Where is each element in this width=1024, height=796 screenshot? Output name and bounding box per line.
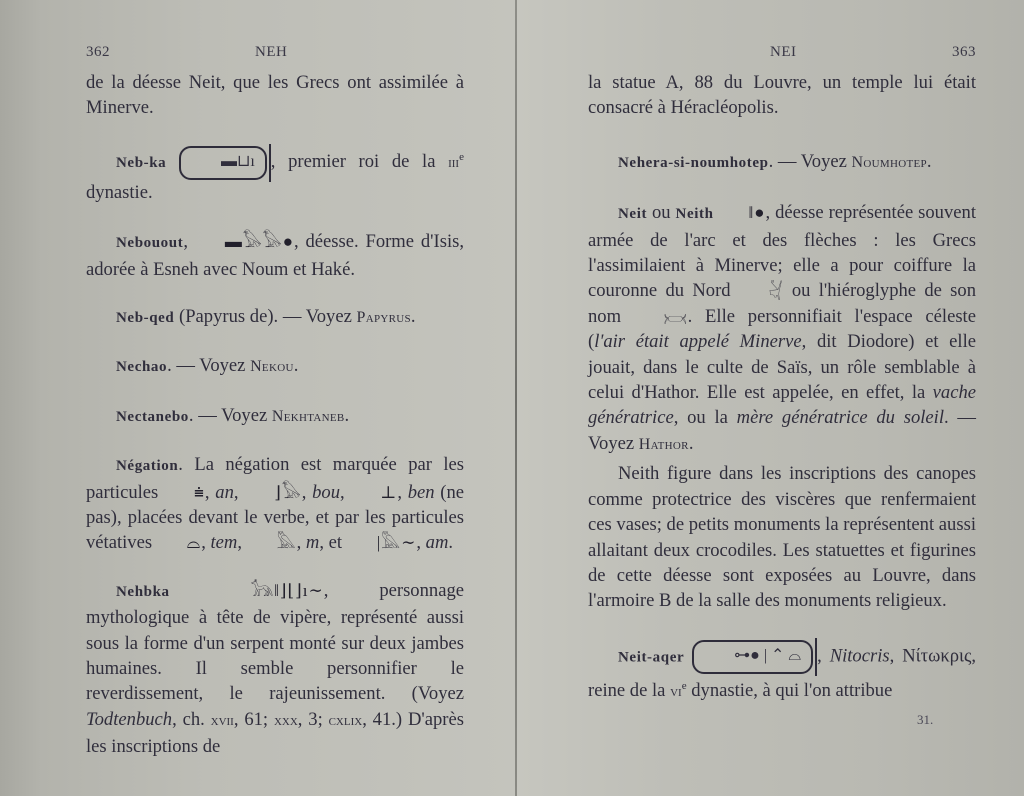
cross-reference-link[interactable]: Noumhotep — [852, 154, 927, 171]
cartouche-hieroglyph-icon: ⊶● | ⌃ ⌓ — [692, 640, 813, 674]
continuation-text: la statue A, 88 du Louvre, un temple lui… — [588, 70, 976, 121]
hieroglyph-bird-icon: ⌋𓅃 — [244, 480, 302, 505]
hieroglyph-birds-icon: ▬𓅃𓅃● — [195, 229, 294, 254]
cross-reference-link[interactable]: Hathor — [639, 436, 689, 453]
page-number-left: 362 — [86, 44, 110, 61]
left-page-body: de la déesse Neit, que les Grecs ont ass… — [86, 70, 464, 760]
running-head-right: NEI — [770, 44, 797, 61]
entry-nehera-si-noumhotep: Nehera-si-noumhotep. — Voyez Noumhotep. — [588, 149, 976, 176]
running-head-left: NEH — [255, 44, 287, 61]
hieroglyph-owl-icon: 𓅓 — [247, 530, 297, 555]
neith-second-paragraph: Neith figure dans les inscriptions des c… — [588, 461, 976, 613]
headword: Neb-ka — [116, 155, 166, 171]
cross-reference-link[interactable]: Nekou — [250, 358, 294, 375]
hieroglyph-jackal-icon: 𓃥‖⌋⌊⌋ı∼ — [221, 578, 324, 603]
headword: Nebouout — [116, 235, 183, 251]
entry-neit: Neit ou Neith ‖●, déesse représentée sou… — [588, 200, 976, 457]
right-page: NEI 363 la statue A, 88 du Louvre, un te… — [517, 0, 1024, 796]
entry-neit-aqer: Neit-aqer ⊶● | ⌃ ⌓, Nitocris, Νίτωκρις, … — [588, 640, 976, 706]
cross-reference-link[interactable]: Papyrus — [357, 309, 411, 326]
entry-nebouout: Nebouout, ▬𓅃𓅃●, déesse. Forme d'Isis, ad… — [86, 229, 464, 282]
book-spread: 362 NEH de la déesse Neit, que les Grecs… — [0, 0, 1024, 796]
entry-nebqed: Neb-qed (Papyrus de). — Voyez Papyrus. — [86, 304, 464, 331]
right-page-body: la statue A, 88 du Louvre, un temple lui… — [588, 70, 976, 705]
left-page: 362 NEH de la déesse Neit, que les Grecs… — [0, 0, 516, 796]
entry-negation: Négation. La négation est marquée par le… — [86, 452, 464, 556]
hieroglyph-owl-reed-icon: |𓅓∼ — [347, 530, 417, 555]
hieroglyph-stand-icon: ⊥ — [350, 480, 397, 505]
entry-nebka: Neb-ka ▬⊔ı, premier roi de la iiie dynas… — [86, 145, 464, 205]
hieroglyph-sledge-icon: ⌓ — [157, 530, 201, 555]
entry-nectanebo: Nectanebo. — Voyez Nekhtaneb. — [86, 403, 464, 430]
hieroglyph-red-crown-icon: 𓋔 — [739, 278, 784, 303]
page-number-right: 363 — [952, 44, 976, 61]
hieroglyph-neith-icon: ‖● — [718, 200, 765, 225]
cross-reference-link[interactable]: Nekhtaneb — [272, 408, 345, 425]
signature-mark: 31. — [917, 712, 933, 728]
hieroglyph-water-icon: ⩧ — [164, 480, 205, 505]
hieroglyph-neith-emblem-icon: 𓋋 — [634, 304, 688, 329]
entry-nechao: Nechao. — Voyez Nekou. — [86, 353, 464, 380]
continuation-text: de la déesse Neit, que les Grecs ont ass… — [86, 70, 464, 121]
entry-nehbka: Nehbka 𓃥‖⌋⌊⌋ı∼, personnage mythologique … — [86, 578, 464, 760]
cartouche-hieroglyph-icon: ▬⊔ı — [179, 146, 267, 180]
